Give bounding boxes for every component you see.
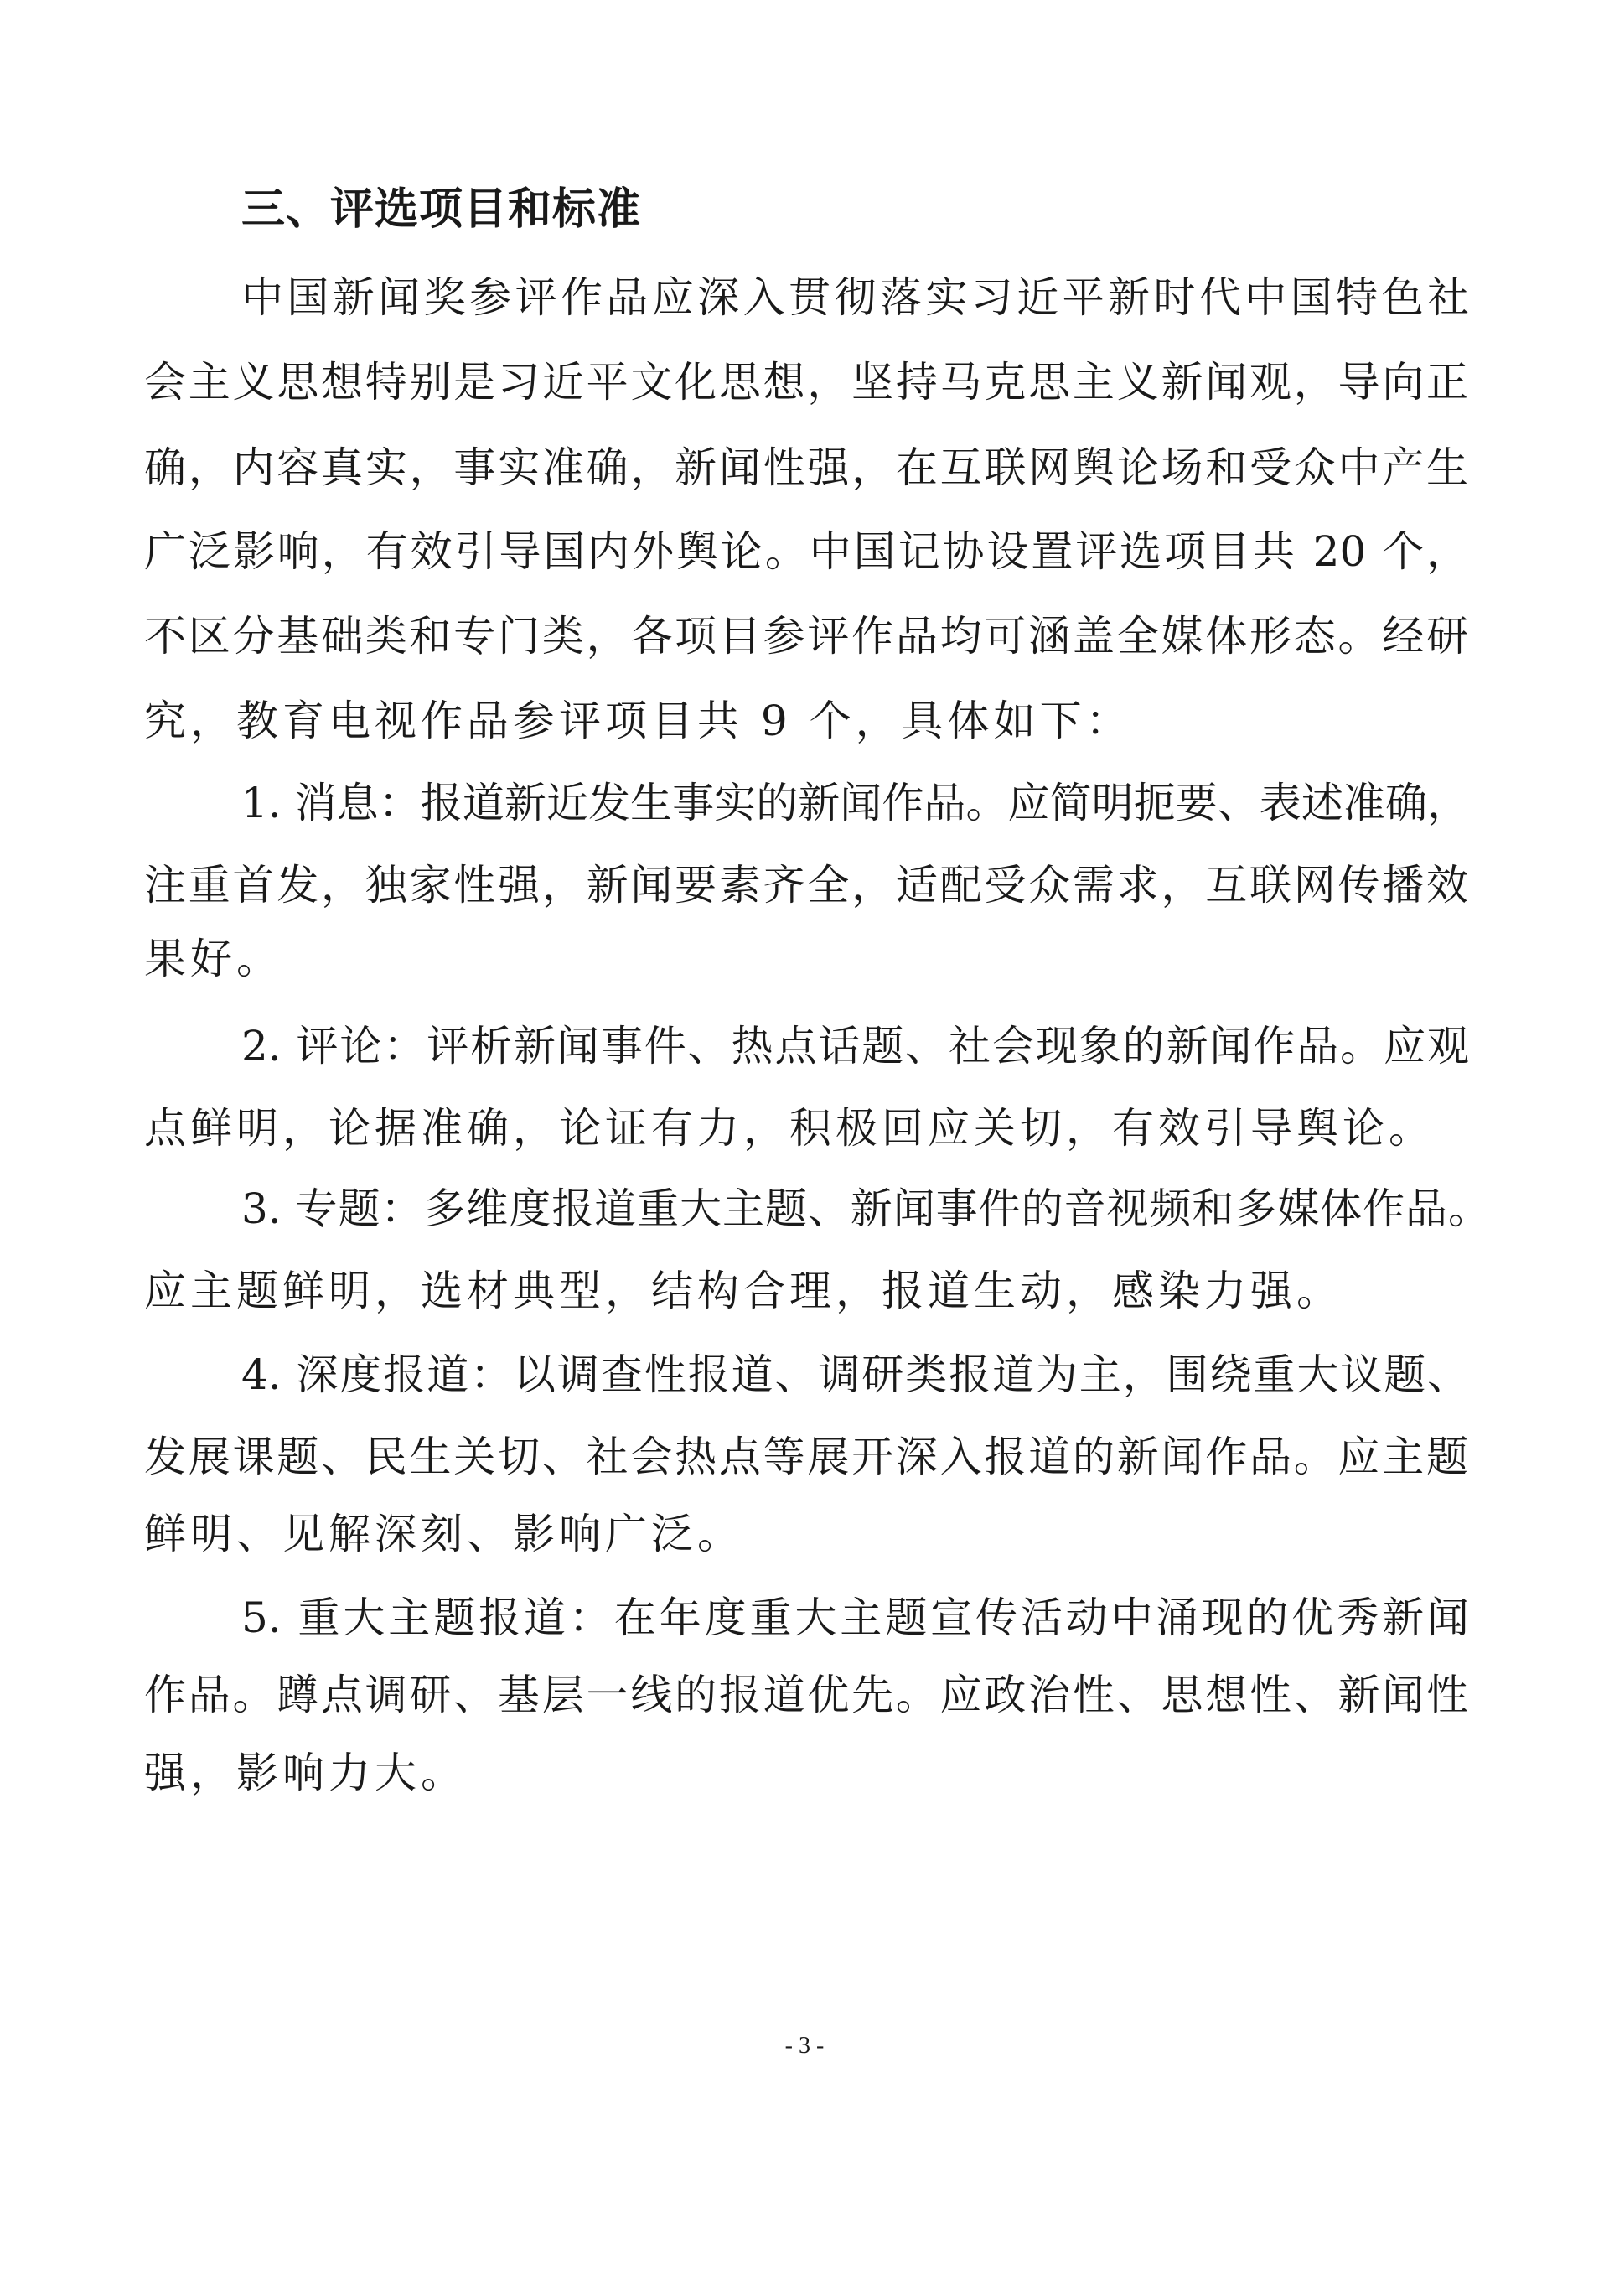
body-line: 强，影响力大。 — [144, 1748, 1468, 1798]
body-line: 1. 消息：报道新近发生事实的新闻作品。应简明扼要、表述准确， — [241, 778, 1469, 828]
body-line: 3. 专题：多维度报道重大主题、新闻事件的音视频和多媒体作品。 — [241, 1184, 1490, 1234]
body-line: 不区分基础类和专门类，各项目参评作品均可涵盖全媒体形态。经研 — [144, 611, 1468, 661]
body-line: 究，教育电视作品参评项目共 9 个，具体如下： — [144, 696, 1468, 746]
body-line: 中国新闻奖参评作品应深入贯彻落实习近平新时代中国特色社 — [241, 272, 1469, 323]
body-line: 4. 深度报道：以调查性报道、调研类报道为主，围绕重大议题、 — [241, 1350, 1469, 1400]
body-line: 鲜明、见解深刻、影响广泛。 — [144, 1509, 1468, 1559]
body-line: 会主义思想特别是习近平文化思想，坚持马克思主义新闻观，导向正 — [144, 357, 1468, 407]
body-line: 点鲜明，论据准确，论证有力，积极回应关切，有效引导舆论。 — [144, 1103, 1468, 1153]
body-line: 发展课题、民生关切、社会热点等展开深入报道的新闻作品。应主题 — [144, 1432, 1468, 1482]
page-number: - 3 - — [0, 2033, 1609, 2060]
body-line: 果好。 — [144, 934, 1468, 984]
body-line: 作品。蹲点调研、基层一线的报道优先。应政治性、思想性、新闻性 — [144, 1670, 1468, 1720]
body-line: 确，内容真实，事实准确，新闻性强，在互联网舆论场和受众中产生 — [144, 443, 1468, 493]
body-line: 2. 评论：评析新闻事件、热点话题、社会现象的新闻作品。应观 — [241, 1021, 1469, 1071]
section-heading: 三、评选项目和标准 — [241, 183, 641, 236]
body-line: 应主题鲜明，选材典型，结构合理，报道生动，感染力强。 — [144, 1266, 1468, 1316]
body-line: 5. 重大主题报道：在年度重大主题宣传活动中涌现的优秀新闻 — [241, 1593, 1469, 1643]
body-line: 广泛影响，有效引导国内外舆论。中国记协设置评选项目共 20 个， — [144, 526, 1468, 577]
body-line: 注重首发，独家性强，新闻要素齐全，适配受众需求，互联网传播效 — [144, 860, 1468, 910]
